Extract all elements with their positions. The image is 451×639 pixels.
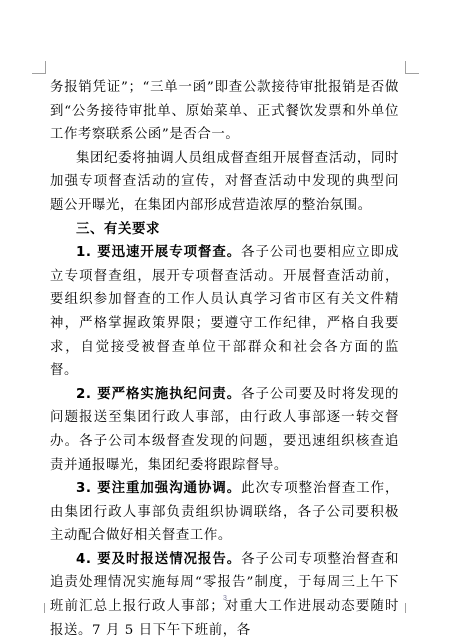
margin-corner-mark-top-right <box>405 61 419 74</box>
continuation-paragraph: 务报销凭证”；“三单一函”即查公款接待审批报销是否做到“公务接待审批单、原始菜单… <box>50 76 399 147</box>
requirement-1-text: 各子公司也要相应立即成立专项督查组，展开专项督查活动。开展督查活动前，要组织参加… <box>50 245 399 378</box>
document-body[interactable]: 务报销凭证”；“三单一函”即查公款接待审批报销是否做到“公务接待审批单、原始菜单… <box>50 76 399 639</box>
requirement-2: 2. 要严格实施执纪问责。各子公司要及时将发现的问题报送至集团行政人事部，由行政… <box>50 383 399 477</box>
requirement-3-title: 3. 要注重加强沟通协调。 <box>76 481 241 496</box>
margin-corner-mark-bottom-left <box>44 603 46 613</box>
margin-corner-mark-bottom-right <box>405 603 407 613</box>
supervision-paragraph: 集团纪委将抽调人员组成督查组开展督查活动，同时加强专项督查活动的宣传，对督查活动… <box>50 147 399 218</box>
requirement-1-title: 1. 要迅速开展专项督查。 <box>76 245 241 260</box>
requirement-4-title: 4. 要及时报送情况报告。 <box>76 552 241 567</box>
requirement-4: 4. 要及时报送情况报告。各子公司专项整治督查和追责处理情况实施每周“零报告”制… <box>50 548 399 639</box>
requirement-2-title: 2. 要严格实施执纪问责。 <box>76 387 241 402</box>
margin-corner-mark-top-left <box>32 61 46 74</box>
section-heading: 三、有关要求 <box>50 218 399 242</box>
requirement-3: 3. 要注重加强沟通协调。此次专项整治督查工作，由集团行政人事部负责组织协调联络… <box>50 477 399 548</box>
document-page: 务报销凭证”；“三单一函”即查公款接待审批报销是否做到“公务接待审批单、原始菜单… <box>0 0 451 639</box>
requirement-1: 1. 要迅速开展专项督查。各子公司也要相应立即成立专项督查组，展开专项督查活动。… <box>50 241 399 383</box>
page-number: 3 <box>223 595 227 602</box>
